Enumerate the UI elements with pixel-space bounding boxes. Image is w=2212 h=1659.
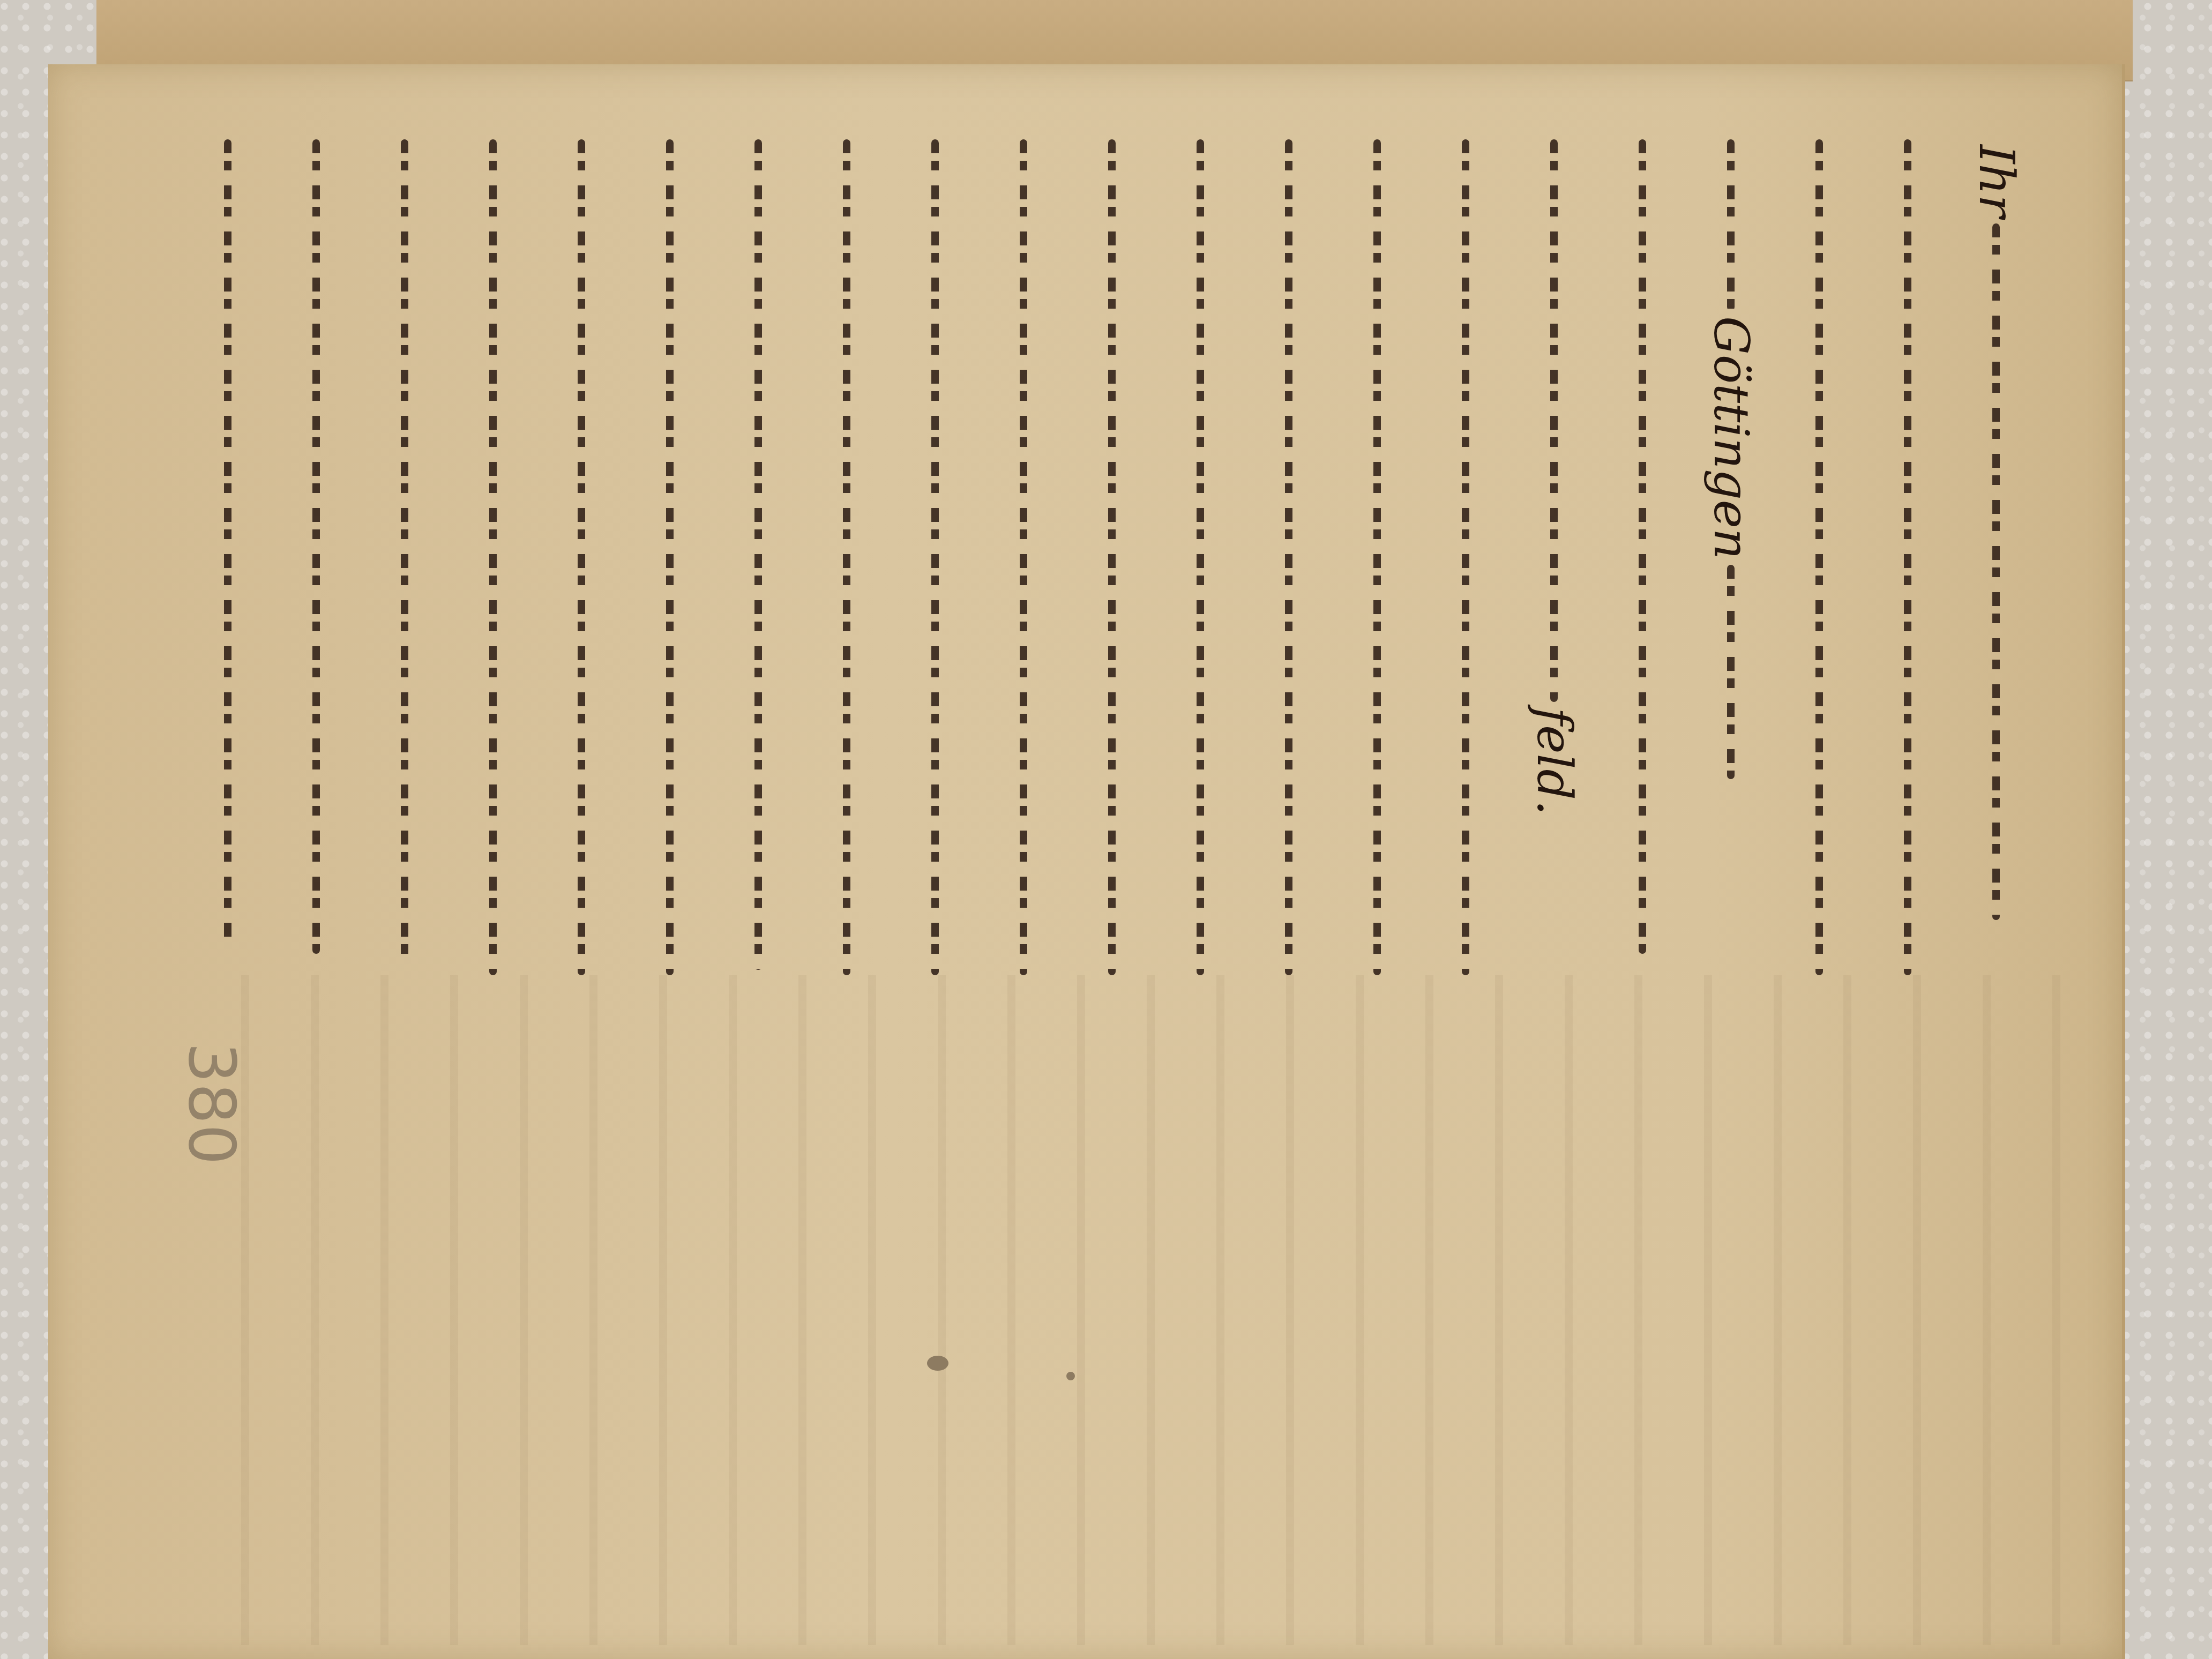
latin-word-feld: feld. (1526, 707, 1582, 816)
text-line (651, 139, 689, 1007)
text-line (297, 139, 335, 1007)
manuscript-page: 380 feld. Göttingen Ihr (48, 64, 2125, 1659)
catchword: Ihr (1968, 145, 2024, 218)
paper-hole (927, 1356, 948, 1371)
text-line (386, 139, 423, 1007)
text-line (1889, 139, 1926, 1007)
latin-word-goettingen: Göttingen (1703, 316, 1759, 559)
text-line: Ihr (1977, 139, 2015, 1007)
text-line (828, 139, 865, 1007)
bleed-through-area (209, 975, 2084, 1645)
text-line (1270, 139, 1307, 1007)
text-line (739, 139, 777, 1007)
text-line (1447, 139, 1484, 1007)
paper-hole (1066, 1372, 1075, 1380)
text-line (1358, 139, 1396, 1007)
text-line (209, 139, 246, 1007)
text-line (916, 139, 954, 1007)
text-line (1624, 139, 1661, 1007)
text-line (474, 139, 512, 1007)
text-line (1182, 139, 1219, 1007)
text-line: feld. (1535, 139, 1573, 1007)
text-line (1005, 139, 1042, 1007)
handwritten-text-block: feld. Göttingen Ihr (209, 139, 2111, 1007)
text-line (1093, 139, 1131, 1007)
text-line: Göttingen (1712, 139, 1750, 1007)
text-line (563, 139, 600, 1007)
text-line (1800, 139, 1838, 1007)
